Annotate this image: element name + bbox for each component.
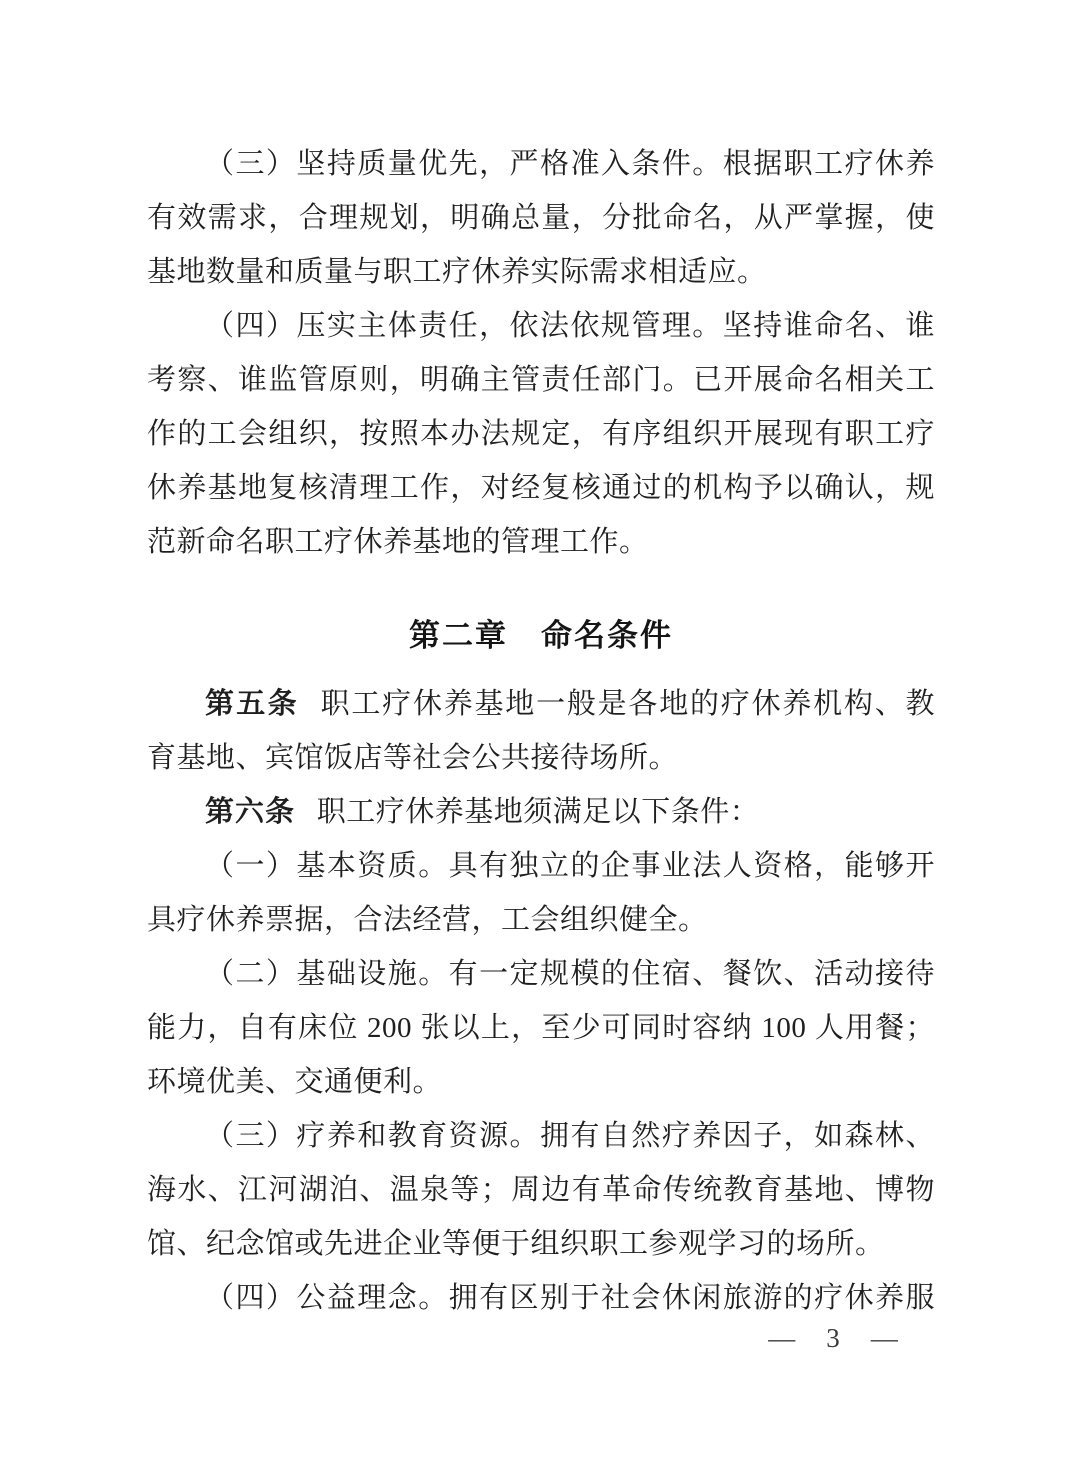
text-line: 具疗休养票据，合法经营，工会组织健全。 [147,893,935,947]
document-page: （三）坚持质量优先，严格准入条件。根据职工疗休养 有效需求，合理规划，明确总量，… [0,0,1080,1474]
article-number-label: 第六条 [205,796,295,828]
text-line: （四）压实主体责任，依法依规管理。坚持谁命名、谁 [147,299,935,353]
paragraph-principle-4: （四）压实主体责任，依法依规管理。坚持谁命名、谁 考察、谁监管原则，明确主管责任… [147,299,935,569]
text-line: 馆、纪念馆或先进企业等便于组织职工参观学习的场所。 [147,1217,935,1271]
paragraph-condition-4: （四）公益理念。拥有区别于社会休闲旅游的疗休养服 [147,1271,935,1325]
text-line: 第五条职工疗休养基地一般是各地的疗休养机构、教 [147,677,935,731]
text-line: 环境优美、交通便利。 [147,1055,935,1109]
text-line: 考察、谁监管原则，明确主管责任部门。已开展命名相关工 [147,353,935,407]
text-line: 第六条职工疗休养基地须满足以下条件： [147,785,935,839]
paragraph-condition-3: （三）疗养和教育资源。拥有自然疗养因子，如森林、 海水、江河湖泊、温泉等；周边有… [147,1109,935,1271]
chapter-heading: 第二章 命名条件 [147,609,935,663]
text-line: 育基地、宾馆饭店等社会公共接待场所。 [147,731,935,785]
article-text: 职工疗休养基地一般是各地的疗休养机构、教 [321,688,935,720]
paragraph-condition-2: （二）基础设施。有一定规模的住宿、餐饮、活动接待 能力，自有床位 200 张以上… [147,947,935,1109]
text-line: （三）疗养和教育资源。拥有自然疗养因子，如森林、 [147,1109,935,1163]
text-line: （二）基础设施。有一定规模的住宿、餐饮、活动接待 [147,947,935,1001]
text-line: 能力，自有床位 200 张以上，至少可同时容纳 100 人用餐； [147,1001,935,1055]
text-line: 休养基地复核清理工作，对经复核通过的机构予以确认，规 [147,461,935,515]
text-line: 范新命名职工疗休养基地的管理工作。 [147,515,935,569]
text-line: 有效需求，合理规划，明确总量，分批命名，从严掌握，使 [147,191,935,245]
text-line: 海水、江河湖泊、温泉等；周边有革命传统教育基地、博物 [147,1163,935,1217]
article-text: 职工疗休养基地须满足以下条件： [317,796,760,828]
paragraph-article-6: 第六条职工疗休养基地须满足以下条件： [147,785,935,839]
text-line: （四）公益理念。拥有区别于社会休闲旅游的疗休养服 [147,1271,935,1325]
article-number-label: 第五条 [205,688,299,720]
paragraph-article-5: 第五条职工疗休养基地一般是各地的疗休养机构、教 育基地、宾馆饭店等社会公共接待场… [147,677,935,785]
text-line: （三）坚持质量优先，严格准入条件。根据职工疗休养 [147,137,935,191]
document-body: （三）坚持质量优先，严格准入条件。根据职工疗休养 有效需求，合理规划，明确总量，… [147,137,935,1325]
text-line: 基地数量和质量与职工疗休养实际需求相适应。 [147,245,935,299]
page-number: — 3 — [768,1318,910,1358]
text-line: （一）基本资质。具有独立的企事业法人资格，能够开 [147,839,935,893]
text-line: 作的工会组织，按照本办法规定，有序组织开展现有职工疗 [147,407,935,461]
paragraph-principle-3: （三）坚持质量优先，严格准入条件。根据职工疗休养 有效需求，合理规划，明确总量，… [147,137,935,299]
paragraph-condition-1: （一）基本资质。具有独立的企事业法人资格，能够开 具疗休养票据，合法经营，工会组… [147,839,935,947]
